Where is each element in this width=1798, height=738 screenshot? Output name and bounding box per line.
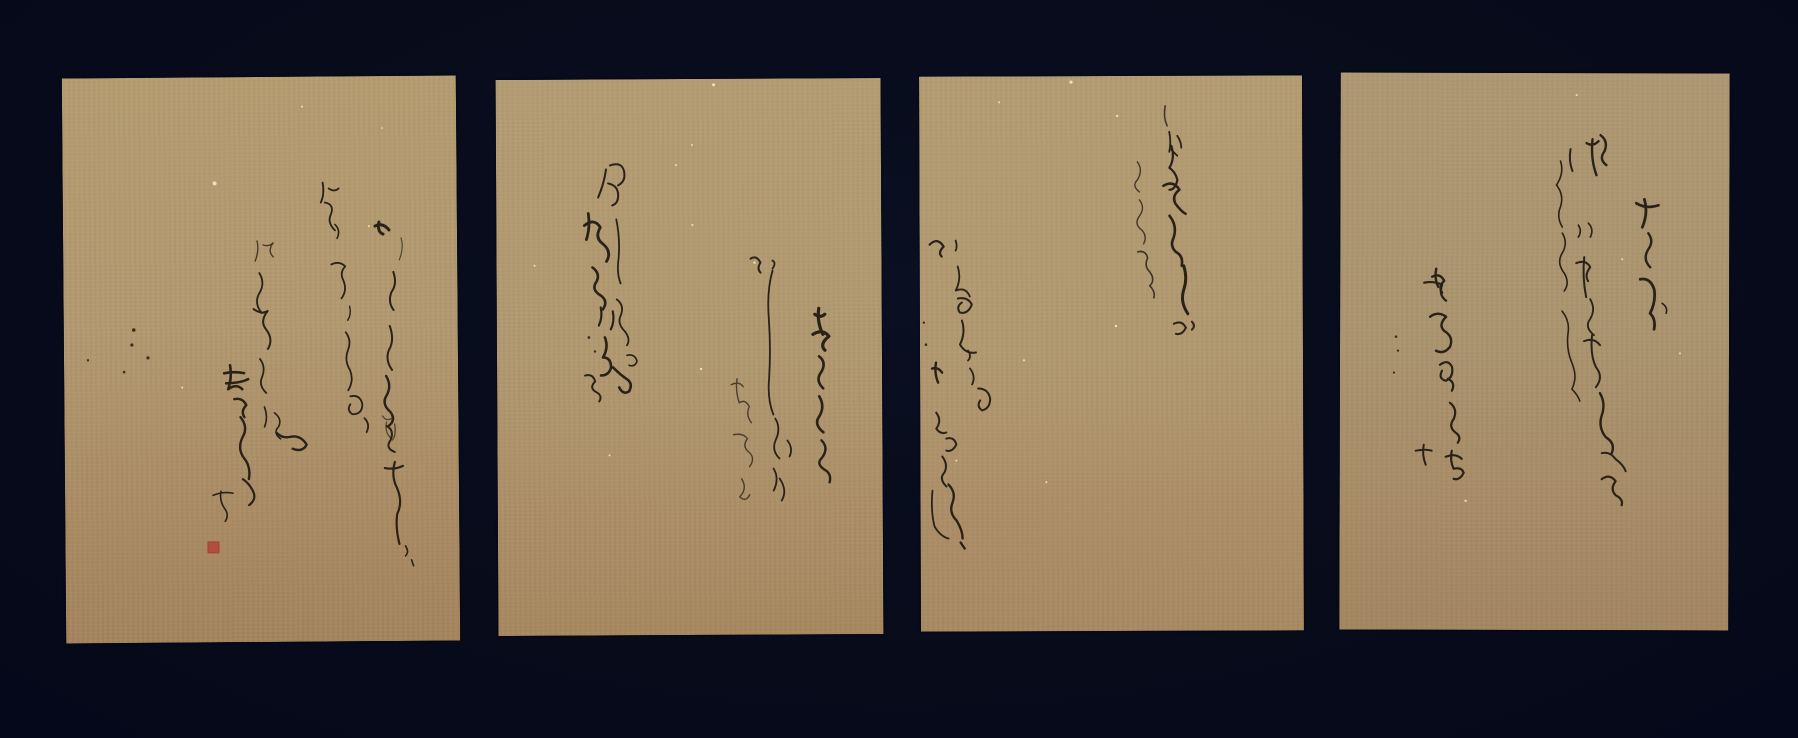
red-seal-stamp xyxy=(207,541,219,553)
calligraphy-card-2 xyxy=(496,78,884,636)
calligraphy-card-4 xyxy=(1339,72,1729,630)
calligraphy-ink xyxy=(62,75,460,643)
calligraphy-ink xyxy=(1339,72,1729,630)
calligraphy-ink xyxy=(496,78,884,636)
calligraphy-card-1 xyxy=(62,75,460,643)
calligraphy-ink xyxy=(919,75,1304,631)
calligraphy-card-3 xyxy=(919,75,1304,631)
